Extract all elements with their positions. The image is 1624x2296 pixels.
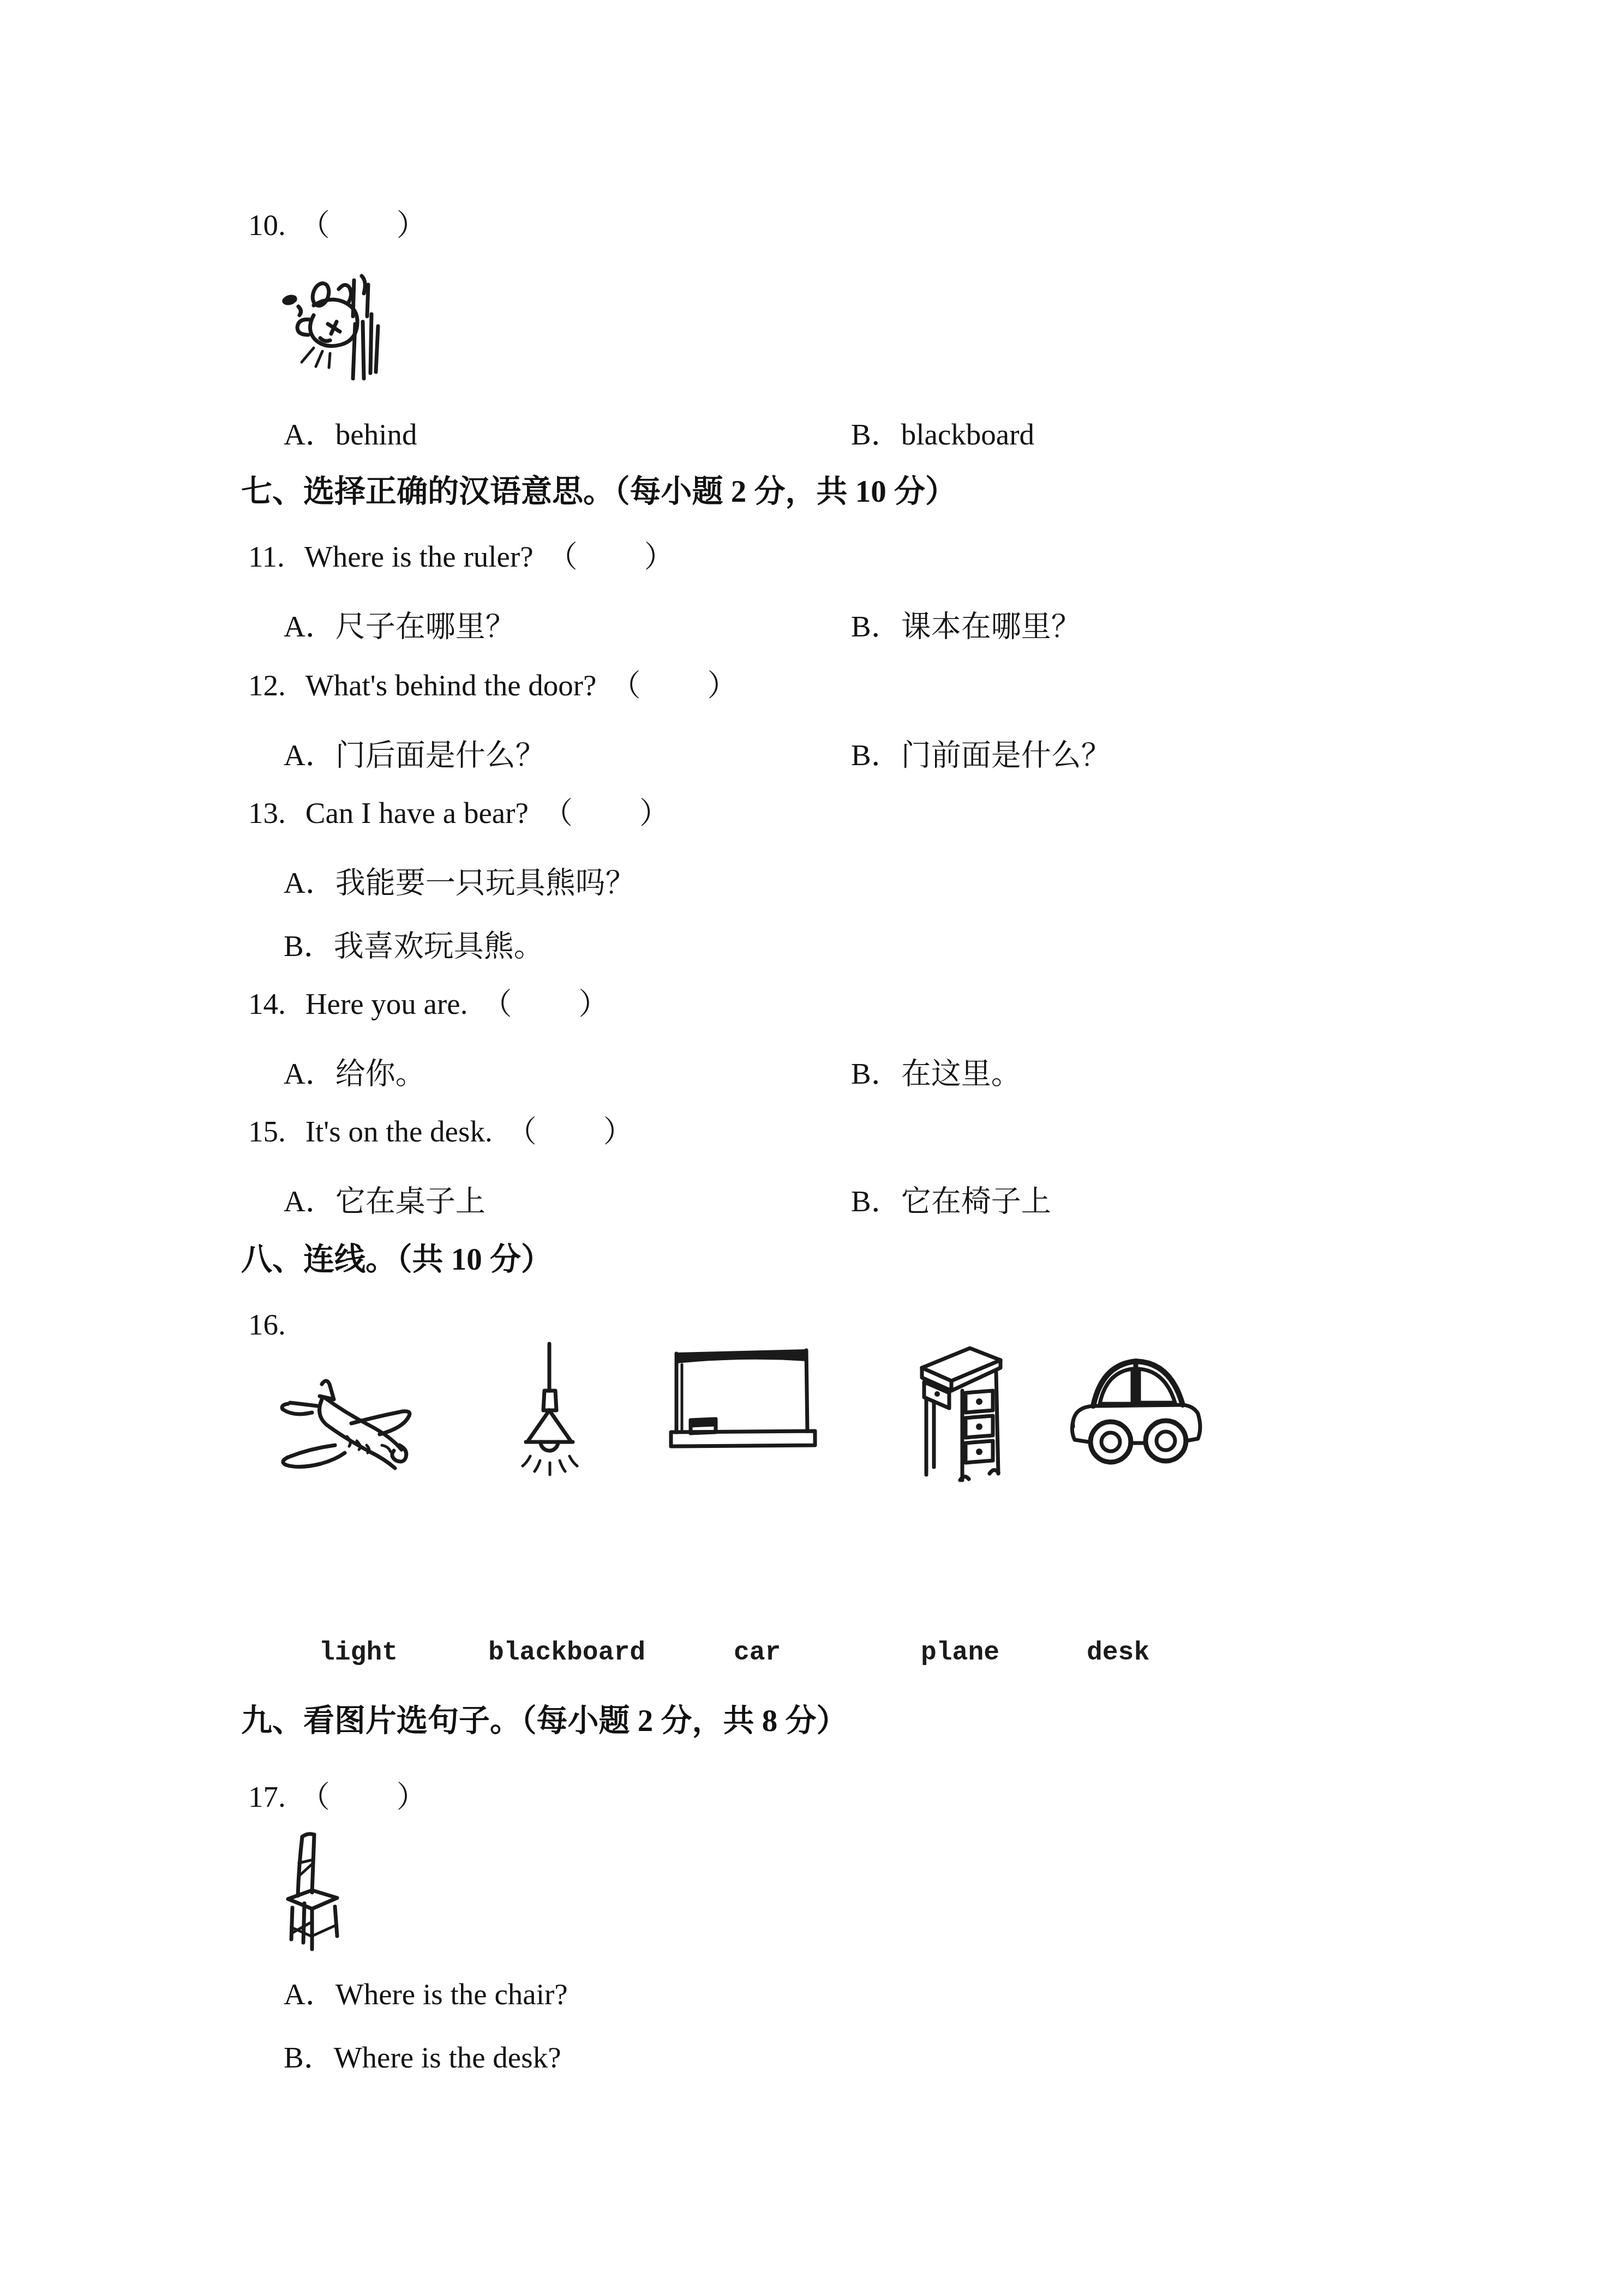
question-11-answer-bracket: （ ） (548, 540, 676, 573)
match-label-plane: plane (921, 1638, 999, 1668)
desk-icon (915, 1336, 1008, 1492)
option-a-letter: A． (284, 1185, 335, 1218)
option-a-text: 它在桌子上 (335, 1185, 486, 1218)
option-a-text: 我能要一只玩具熊吗？ (335, 866, 636, 899)
question-17-number: 17. (248, 1779, 286, 1815)
question-12-option-b: B．门前面是什么？ (851, 738, 1111, 772)
question-15-number: 15. (248, 1114, 286, 1150)
option-a-text: 尺子在哪里？ (335, 610, 516, 643)
question-12-option-a: A．门后面是什么？ (284, 731, 851, 774)
section-seven-header: 七、选择正确的汉语意思。（每小题 2 分，共 10 分） (241, 473, 956, 510)
match-label-desk: desk (1087, 1638, 1149, 1668)
option-a-letter: A． (284, 866, 335, 899)
question-10-options: A．behindB．blackboard (284, 410, 1034, 453)
puppy-behind-grass-icon (275, 272, 385, 387)
question-17-answer-bracket: （ ） (300, 1780, 429, 1813)
question-15-option-a: A．它在桌子上 (284, 1177, 851, 1220)
question-15-text: It's on the desk. (305, 1115, 493, 1148)
option-a-letter: A． (284, 738, 335, 772)
match-label-blackboard: blackboard (488, 1638, 645, 1668)
question-10-option-b: B．blackboard (851, 418, 1034, 451)
question-12-options: A．门后面是什么？B．门前面是什么？ (284, 731, 1111, 774)
option-a-text: Where is the chair? (335, 1978, 568, 2011)
question-13-line: 13.Can I have a bear?（ ） (248, 795, 672, 831)
option-b-text: Where is the desk? (334, 2041, 561, 2074)
hanging-light-icon (506, 1341, 592, 1480)
section-nine-header: 九、看图片选句子。（每小题 2 分，共 8 分） (241, 1703, 848, 1740)
question-16-number: 16. (248, 1307, 286, 1343)
option-a-letter: A． (284, 418, 335, 451)
question-15-options: A．它在桌子上B．它在椅子上 (284, 1177, 1051, 1220)
option-b-letter: B． (284, 929, 334, 963)
option-a-text: 给你。 (335, 1057, 426, 1090)
option-b-text: blackboard (901, 418, 1034, 451)
question-12-text: What's behind the door? (305, 669, 597, 702)
question-17-line: 17.（ ） (248, 1779, 429, 1815)
question-11-option-a: A．尺子在哪里？ (284, 602, 851, 645)
chair-icon (279, 1830, 356, 1961)
question-11-text: Where is the ruler? (304, 540, 534, 573)
question-13-text: Can I have a bear? (305, 796, 529, 830)
question-13-option-b: B．我喜欢玩具熊。 (284, 922, 544, 965)
question-15-answer-bracket: （ ） (507, 1115, 636, 1148)
question-14-answer-bracket: （ ） (482, 987, 611, 1020)
question-10-answer-bracket: （ ） (300, 208, 429, 242)
option-b-letter: B． (284, 2041, 334, 2074)
option-b-text: 在这里。 (901, 1057, 1021, 1090)
option-b-letter: B． (851, 738, 901, 772)
question-14-options: A．给你。B．在这里。 (284, 1049, 1021, 1092)
option-b-text: 我喜欢玩具熊。 (334, 929, 544, 963)
question-14-text: Here you are. (305, 987, 468, 1020)
question-14-option-b: B．在这里。 (851, 1057, 1021, 1090)
blackboard-icon (667, 1343, 822, 1463)
question-13-answer-bracket: （ ） (543, 796, 672, 830)
question-11-number: 11. (248, 539, 285, 575)
match-label-car: car (734, 1638, 781, 1668)
question-12-answer-bracket: （ ） (611, 669, 740, 702)
question-14-number: 14. (248, 986, 286, 1022)
option-a-text: 门后面是什么？ (335, 738, 546, 772)
option-b-letter: B． (851, 1185, 901, 1218)
option-a-text: behind (335, 418, 417, 451)
question-13-option-a: A．我能要一只玩具熊吗？ (284, 858, 636, 901)
option-a-letter: A． (284, 1978, 335, 2011)
question-15-option-b: B．它在椅子上 (851, 1185, 1051, 1218)
option-b-letter: B． (851, 610, 901, 643)
question-13-number: 13. (248, 795, 286, 831)
option-b-text: 它在椅子上 (901, 1185, 1051, 1218)
question-11-line: 11.Where is the ruler?（ ） (248, 539, 676, 575)
option-b-text: 课本在哪里？ (901, 610, 1081, 643)
option-b-text: 门前面是什么？ (901, 738, 1111, 772)
question-10-option-a: A．behind (284, 410, 851, 453)
question-14-line: 14.Here you are.（ ） (248, 986, 611, 1022)
option-b-letter: B． (851, 418, 901, 451)
question-12-line: 12.What's behind the door?（ ） (248, 668, 740, 704)
question-11-options: A．尺子在哪里？B．课本在哪里？ (284, 602, 1081, 645)
option-b-letter: B． (851, 1057, 901, 1090)
question-10-number: 10. (248, 207, 286, 243)
option-a-letter: A． (284, 610, 335, 643)
option-a-letter: A． (284, 1057, 335, 1090)
match-label-light: light (319, 1638, 398, 1668)
question-12-number: 12. (248, 668, 286, 704)
question-17-option-a: A．Where is the chair? (284, 1970, 568, 2013)
question-17-option-b: B．Where is the desk? (284, 2033, 561, 2076)
question-10-line: 10.（ ） (248, 207, 429, 243)
question-14-option-a: A．给你。 (284, 1049, 851, 1092)
question-11-option-b: B．课本在哪里？ (851, 610, 1081, 643)
question-15-line: 15.It's on the desk.（ ） (248, 1114, 636, 1150)
exam-page: 10.（ ） A．behindB．blackboard 七、选择正确的汉语意思。… (0, 0, 1624, 2296)
plane-icon (268, 1362, 424, 1496)
section-eight-header: 八、连线。（共 10 分） (241, 1241, 552, 1278)
car-icon (1058, 1345, 1219, 1473)
